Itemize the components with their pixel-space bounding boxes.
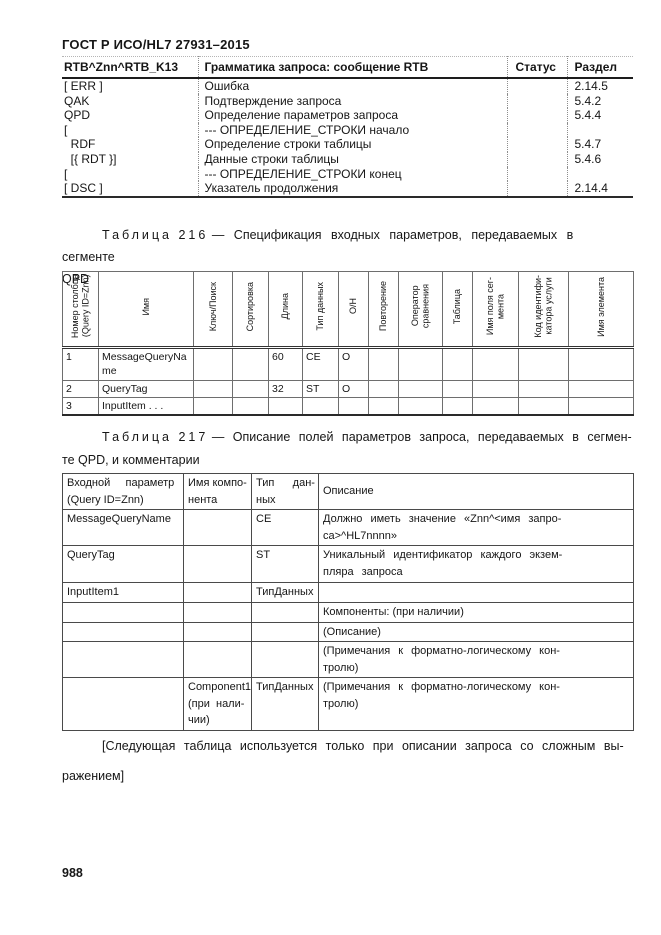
table-217-title-continued: те QPD, и комментарии [62,449,633,472]
cell: 1 [63,348,99,381]
fields-col-description: Описание [319,474,634,510]
cell: MessageQueryName [99,348,194,381]
cell [443,348,473,381]
grammar-col-section: Раздел [567,57,633,79]
cell [339,398,369,416]
params-row: 3 InputItem . . . [63,398,634,416]
col-header-text: Имя элемента [596,277,607,337]
fields-col-input-param: Входной параметр (Query ID=Znn) [63,474,184,510]
segment-cell: QAK [62,94,198,109]
grammar-col-status: Статус [507,57,567,79]
cell [252,622,319,642]
fields-col-component-name: Имя компо- нента [184,474,252,510]
cell [184,642,252,678]
col-header-text: Тип данных [315,282,326,331]
document-header-title: ГОСТ Р ИСО/HL7 27931–2015 [62,37,250,52]
segment-cell: QPD [62,108,198,123]
cell: (Описание) [319,622,634,642]
col-header-text: Код идентифи- катора услуги [533,275,554,338]
section-cell: 5.4.7 [567,137,633,152]
cell [194,398,233,416]
col-header-text: Длина [280,293,291,319]
cell: (Примечания к форматно-логическому кон- … [319,642,634,678]
cell [443,398,473,416]
col-header-repeat: Повторение [369,272,399,348]
grammar-col-grammar: Грамматика запроса: сообщение RTB [198,57,507,79]
table-217-title: — Описание полей параметров запроса, пер… [212,430,632,444]
grammar-row: [ ERR ] Ошибка 2.14.5 [62,78,633,94]
col-header-text: Имя [141,298,152,316]
cell: 32 [269,381,303,398]
grammar-row: RDF Определение строки таблицы 5.4.7 [62,137,633,152]
desc-cell: Данные строки таблицы [198,152,507,167]
col-header-text: Сортировка [245,282,256,331]
cell: (Примечания к форматно-логическому кон- … [319,678,634,731]
cell [63,622,184,642]
status-cell [507,167,567,182]
document-page: ГОСТ Р ИСО/HL7 27931–2015 RTB^Znn^RTB_K1… [0,0,661,935]
cell [369,348,399,381]
section-cell [567,123,633,138]
fields-row: (Примечания к форматно-логическому кон- … [63,642,634,678]
cell [233,381,269,398]
col-header-length: Длина [269,272,303,348]
cell: O [339,348,369,381]
section-cell: 5.4.6 [567,152,633,167]
desc-cell: --- ОПРЕДЕЛЕНИЕ_СТРОКИ начало [198,123,507,138]
col-header-data-type: Тип данных [303,272,339,348]
cell [473,348,519,381]
cell: ТипДанных [252,583,319,603]
cell [569,381,634,398]
col-header-text: Повторение [378,281,389,331]
cell [443,381,473,398]
desc-cell: --- ОПРЕДЕЛЕНИЕ_СТРОКИ конец [198,167,507,182]
col-header-operator: Оператор сравнения [399,272,443,348]
section-cell [567,167,633,182]
params-row: 1 MessageQueryName 60 CE O [63,348,634,381]
grammar-header-row: RTB^Znn^RTB_K13 Грамматика запроса: сооб… [62,57,633,79]
cell [184,546,252,583]
cell [399,398,443,416]
cell: Уникальный идентификатор каждого экзем- … [319,546,634,583]
page-number: 988 [62,866,83,880]
status-cell [507,152,567,167]
cell: CE [252,510,319,546]
desc-cell: Указатель продолжения [198,181,507,197]
cell [252,603,319,623]
status-cell [507,94,567,109]
grammar-table: RTB^Znn^RTB_K13 Грамматика запроса: сооб… [62,56,633,198]
fields-row: Component1 (при нали- чии) ТипДанных (Пр… [63,678,634,731]
cell [269,398,303,416]
fields-desc-table: Входной параметр (Query ID=Znn) Имя комп… [62,473,634,731]
cell [519,348,569,381]
grammar-col-segment: RTB^Znn^RTB_K13 [62,57,198,79]
cell [233,348,269,381]
desc-cell: Подтверждение запроса [198,94,507,109]
closing-note: [Следующая таблица используется только п… [62,731,633,791]
grammar-row: QPD Определение параметров запроса 5.4.4 [62,108,633,123]
cell: ST [252,546,319,583]
cell [519,381,569,398]
section-cell: 2.14.5 [567,78,633,94]
col-header-table: Таблица [443,272,473,348]
cell: Должно иметь значение «Znn^<имя запро- с… [319,510,634,546]
cell: ТипДанных [252,678,319,731]
cell: InputItem . . . [99,398,194,416]
grammar-row: [ --- ОПРЕДЕЛЕНИЕ_СТРОКИ конец [62,167,633,182]
cell: Компоненты: (при наличии) [319,603,634,623]
cell: O [339,381,369,398]
cell: InputItem1 [63,583,184,603]
section-cell: 2.14.4 [567,181,633,197]
fields-header-row: Входной параметр (Query ID=Znn) Имя комп… [63,474,634,510]
cell: 3 [63,398,99,416]
fields-row: QueryTag ST Уникальный идентификатор каж… [63,546,634,583]
segment-cell: [ ERR ] [62,78,198,94]
col-header-text: Ключ/Поиск [208,282,219,331]
cell [184,622,252,642]
cell [184,603,252,623]
cell [473,381,519,398]
cell [63,678,184,731]
segment-cell: [ [62,167,198,182]
cell [194,348,233,381]
desc-cell: Определение параметров запроса [198,108,507,123]
cell [194,381,233,398]
cell [303,398,339,416]
cell: QueryTag [63,546,184,583]
fields-row: (Описание) [63,622,634,642]
params-row: 2 QueryTag 32 ST O [63,381,634,398]
cell [184,583,252,603]
col-header-text: Имя поля сег- мента [485,277,506,335]
segment-cell: [ DSC ] [62,181,198,197]
col-header-text: Номер столбца (Query ID=Znn) [70,274,91,338]
desc-cell: Определение строки таблицы [198,137,507,152]
fields-col-data-type: Тип дан- ных [252,474,319,510]
grammar-row: [ --- ОПРЕДЕЛЕНИЕ_СТРОКИ начало [62,123,633,138]
col-header-segment-field: Имя поля сег- мента [473,272,519,348]
fields-row: InputItem1 ТипДанных [63,583,634,603]
desc-cell: Ошибка [198,78,507,94]
table-217-caption: Таблица 217 — Описание полей параметров … [62,426,633,472]
cell: 60 [269,348,303,381]
col-header-text: О/Н [348,298,359,314]
fields-row: Компоненты: (при наличии) [63,603,634,623]
cell [399,348,443,381]
status-cell [507,78,567,94]
cell [233,398,269,416]
params-spec-table: Номер столбца (Query ID=Znn) Имя Ключ/По… [62,271,634,416]
cell [569,398,634,416]
col-header-opt: О/Н [339,272,369,348]
col-header-column-number: Номер столбца (Query ID=Znn) [63,272,99,348]
table-217-label: Таблица 217 [102,430,208,444]
cell [63,603,184,623]
fields-row: MessageQueryName CE Должно иметь значени… [63,510,634,546]
col-header-service-code: Код идентифи- катора услуги [519,272,569,348]
col-header-text: Таблица [452,289,463,324]
cell [319,583,634,603]
segment-cell: RDF [62,137,198,152]
status-cell [507,137,567,152]
segment-cell: [{ RDT }] [62,152,198,167]
cell [63,642,184,678]
cell [184,510,252,546]
col-header-sort: Сортировка [233,272,269,348]
segment-cell: [ [62,123,198,138]
cell [252,642,319,678]
grammar-row: QAK Подтверждение запроса 5.4.2 [62,94,633,109]
status-cell [507,108,567,123]
cell [569,348,634,381]
col-header-name: Имя [99,272,194,348]
cell: 2 [63,381,99,398]
cell [519,398,569,416]
col-header-element-name: Имя элемента [569,272,634,348]
grammar-row: [ DSC ] Указатель продолжения 2.14.4 [62,181,633,197]
section-cell: 5.4.2 [567,94,633,109]
col-header-text: Оператор сравнения [410,284,431,328]
cell [399,381,443,398]
status-cell [507,123,567,138]
params-header-row: Номер столбца (Query ID=Znn) Имя Ключ/По… [63,272,634,348]
status-cell [507,181,567,197]
table-216-label: Таблица 216 [102,228,208,242]
cell: CE [303,348,339,381]
col-header-key-search: Ключ/Поиск [194,272,233,348]
cell [369,398,399,416]
cell: Component1 (при нали- чии) [184,678,252,731]
cell: QueryTag [99,381,194,398]
cell [473,398,519,416]
cell [369,381,399,398]
cell: MessageQueryName [63,510,184,546]
cell: ST [303,381,339,398]
section-cell: 5.4.4 [567,108,633,123]
grammar-row: [{ RDT }] Данные строки таблицы 5.4.6 [62,152,633,167]
